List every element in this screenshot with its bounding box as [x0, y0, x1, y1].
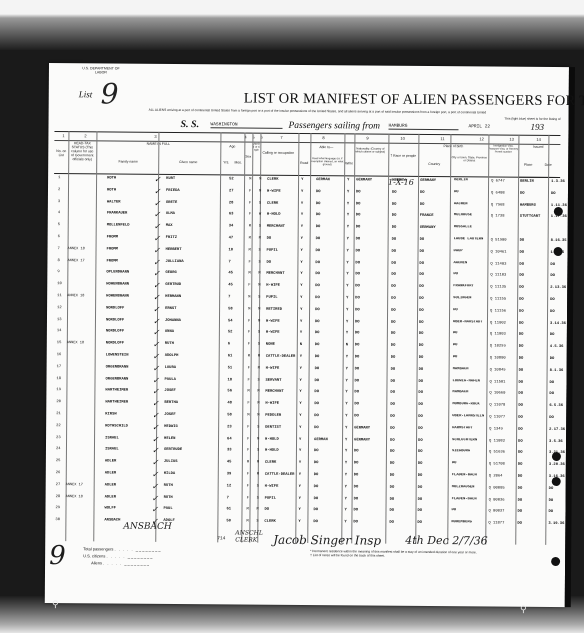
- cell-lang: DO: [316, 234, 344, 246]
- col-num: 11: [440, 136, 444, 141]
- cell-vdate: DO: [550, 271, 574, 283]
- cell-given: RUTH: [164, 481, 200, 493]
- header-head-tax: HEAD-TAX STATUS (This column for use of …: [70, 141, 94, 161]
- cell-sex: M: [247, 458, 255, 470]
- cell-mar: M: [258, 352, 266, 364]
- cell-family: LOWENSTEIN: [106, 350, 154, 362]
- cell-bc: DO: [419, 318, 447, 330]
- inspector-signature: Jacob Singer Insp: [273, 533, 381, 548]
- cell-visa: Q 11501: [489, 377, 517, 389]
- cell-mar: M: [257, 458, 265, 470]
- cell-family: HOHENBRANN: [106, 291, 154, 303]
- cell-mar: M: [259, 175, 267, 187]
- cell-race: DO: [390, 423, 418, 435]
- cell-vdate: 6.5.36: [549, 401, 573, 413]
- cell-read: Y: [299, 458, 307, 470]
- cell-family: NORDLOFF: [106, 339, 154, 351]
- cell-visa: Q 11877: [488, 519, 516, 531]
- cell-lang: DO: [313, 517, 341, 529]
- cell-write: N: [346, 341, 354, 353]
- checkmark-icon: ✓: [152, 398, 160, 410]
- cell-age: 45: [227, 458, 237, 470]
- cell-bcity: HAMBACH: [452, 391, 486, 395]
- cell-bc: DO: [419, 306, 447, 318]
- cell-age: 7: [228, 292, 238, 304]
- cell-vplace: DO: [519, 330, 549, 342]
- cell-family: FRANKAUER: [107, 209, 155, 221]
- cell-visa: Q 51900: [491, 235, 519, 247]
- cell-nat: DO: [356, 223, 386, 235]
- cell-write: Y: [345, 447, 353, 459]
- cell-sex: M: [249, 175, 257, 187]
- cell-age: 63: [229, 210, 239, 222]
- cell-family: WALTER: [107, 197, 155, 209]
- cell-n: 11: [57, 291, 67, 303]
- cell-sex: F: [247, 470, 255, 482]
- header-read: Read: [298, 161, 310, 165]
- cell-given: FRITZ: [166, 233, 202, 245]
- cell-race: DO: [392, 187, 420, 199]
- cell-visa: Q 11403: [490, 259, 518, 271]
- cell-mar: M: [257, 411, 265, 423]
- cell-race: DO: [390, 400, 418, 412]
- cell-visa: Q 11002: [490, 318, 518, 330]
- cell-occ: DENTIST: [265, 423, 295, 435]
- cell-vdate: 8.16.35: [551, 236, 575, 248]
- cell-read: Y: [301, 234, 309, 246]
- cell-age: 45: [228, 281, 238, 293]
- cell-age: 54: [228, 316, 238, 328]
- cell-given: HERMANN: [165, 292, 201, 304]
- cell-write: Y: [346, 329, 354, 341]
- cell-read: Y: [301, 175, 309, 187]
- cell-race: DO: [392, 235, 420, 247]
- cell-mar: M: [258, 304, 266, 316]
- cell-lang: DO: [314, 387, 342, 399]
- header-visa: Immigration Visa, Passport Visa, or Reen…: [488, 144, 518, 153]
- cell-write: Y: [347, 211, 355, 223]
- sailing-port: HAMBURG: [388, 124, 458, 131]
- cell-given: FRIEDA: [166, 186, 202, 198]
- cell-read: Y: [299, 411, 307, 423]
- cell-bc: DO: [418, 495, 446, 507]
- cell-family: HARTHEIMER: [105, 398, 153, 410]
- cell-occ: H-WIFE: [266, 364, 296, 376]
- cell-mark: ANNEX 17: [67, 256, 95, 268]
- cell-visa: Q 11156: [490, 306, 518, 318]
- cell-age: 23: [227, 422, 237, 434]
- cell-occ: CATTLE-DEALER: [266, 352, 296, 364]
- cell-nat: DO: [355, 258, 385, 270]
- cell-n: 30: [55, 515, 65, 527]
- cell-occ: H-HOLD: [265, 446, 295, 458]
- cell-sex: M: [248, 245, 256, 257]
- cell-bcity: SOLINGEN: [453, 296, 487, 300]
- checkmark-icon: ✓: [153, 351, 161, 363]
- cell-read: Y: [300, 328, 308, 340]
- cell-n: 21: [56, 409, 66, 421]
- manifest-sheet: U.S. DEPARTMENT OF LABOR List 9 LIST OR …: [45, 63, 569, 607]
- cell-given: PAUL: [163, 504, 199, 516]
- cell-race: DO: [391, 305, 419, 317]
- sailing-date: APRIL 22: [468, 124, 490, 129]
- cell-family: ADLER: [105, 480, 153, 492]
- cell-mar: S: [258, 257, 266, 269]
- cell-mar: M: [259, 234, 267, 246]
- checkmark-icon: ✓: [153, 315, 161, 327]
- signature-date: 4th Dec 2/7/36: [405, 534, 488, 548]
- cell-race: DO: [391, 353, 419, 365]
- cell-age: 58: [227, 410, 237, 422]
- cell-read: Y: [301, 187, 309, 199]
- cell-mar: S: [259, 222, 267, 234]
- cell-read: Y: [299, 470, 307, 482]
- cell-occ: DO: [264, 505, 294, 517]
- cell-bcity: DO: [453, 355, 487, 359]
- cell-write: Y: [346, 282, 354, 294]
- cell-read: Y: [299, 387, 307, 399]
- header-race: † Race or people: [388, 154, 418, 158]
- cell-nat: DO: [354, 494, 384, 506]
- cell-vplace: DO: [519, 259, 549, 271]
- cell-vplace: DO: [518, 448, 548, 460]
- cell-lang: DO: [314, 423, 342, 435]
- cell-n: 3: [58, 197, 68, 209]
- cell-bcity: AACHEN: [453, 261, 487, 265]
- header-nationality: Nationality. (Country of which citizen o…: [354, 147, 386, 154]
- cell-read: Y: [299, 376, 307, 388]
- cell-occ: PEDDLER: [265, 411, 295, 423]
- cell-n: 17: [57, 362, 67, 374]
- cell-sex: F: [248, 363, 256, 375]
- checkmark-icon: ✓: [154, 174, 162, 186]
- cell-family: OPLENDRANN: [106, 268, 154, 280]
- cell-nat: DO: [354, 482, 384, 494]
- cell-given: ALMA: [166, 209, 202, 221]
- cell-given: LAURA: [165, 363, 201, 375]
- cell-n: 28: [56, 492, 66, 504]
- col-num: 12: [479, 136, 483, 141]
- cell-read: Y: [299, 423, 307, 435]
- cell-lang: DO: [314, 411, 342, 423]
- cell-visa: Q 10849: [490, 365, 518, 377]
- header-mos: Mos.: [232, 160, 244, 164]
- cell-race: DO: [391, 341, 419, 353]
- cell-mark: ANNEX 18: [67, 244, 95, 256]
- cell-visa: Q 00037: [488, 507, 516, 519]
- cell-vplace: DO: [518, 436, 548, 448]
- checkmark-icon: ✓: [153, 245, 161, 257]
- cell-race: DO: [390, 494, 418, 506]
- cell-family: ADLER: [105, 468, 153, 480]
- cell-occ: CLERK: [264, 517, 294, 529]
- passenger-table: 1ROTHKURT52MMCLERKYGERMANYGERMANYHEBREWG…: [51, 173, 560, 537]
- cell-mar: S: [257, 375, 265, 387]
- cell-family: ADLER: [105, 457, 153, 469]
- cell-race: DO: [390, 412, 418, 424]
- cell-write: Y: [345, 423, 353, 435]
- manifest-title: LIST OR MANIFEST OF ALIEN PASSENGERS FOR…: [244, 91, 584, 111]
- cell-read: Y: [301, 222, 309, 234]
- cell-bcity: DO: [453, 308, 487, 312]
- cell-vplace: DO: [519, 247, 549, 259]
- handwritten-annotation: ANSCHL CLERK: [235, 529, 275, 543]
- cell-vdate: 3.5.36: [549, 437, 573, 449]
- cell-lang: DO: [314, 458, 342, 470]
- cell-family: ROTH: [107, 173, 155, 185]
- footer-note-2: † List of races will be found on the bac…: [310, 553, 510, 559]
- cell-given: ERNST: [165, 304, 201, 316]
- cell-visa: Q 11003: [490, 330, 518, 342]
- cell-nat: DO: [354, 459, 384, 471]
- cell-bcity: ROSSALLE: [454, 225, 488, 229]
- cell-lang: DO: [315, 364, 343, 376]
- cell-age: 10: [228, 245, 238, 257]
- cell-occ: CATTLE-DEALER: [265, 470, 295, 482]
- checkmark-icon: ✓: [152, 410, 160, 422]
- cell-occ: DO: [267, 234, 297, 246]
- cell-race: DO: [390, 388, 418, 400]
- cell-occ: PUPIL: [266, 246, 296, 258]
- cell-family: ROTH: [107, 185, 155, 197]
- cell-nat: DO: [355, 352, 385, 364]
- cell-n: 8: [57, 256, 67, 268]
- cell-occ: NONE: [266, 340, 296, 352]
- cell-write: Y: [345, 388, 353, 400]
- cell-given: JULLIANA: [165, 257, 201, 269]
- cell-bcity: DO: [454, 190, 488, 194]
- checkmark-icon: ✓: [152, 433, 160, 445]
- cell-mar: S: [258, 340, 266, 352]
- cell-age: 18: [227, 375, 237, 387]
- cell-age: 6: [228, 340, 238, 352]
- cell-read: Y: [298, 517, 306, 529]
- cell-vdate: DO: [549, 389, 573, 401]
- cell-given: MAX: [166, 221, 202, 233]
- list-label: List: [79, 89, 93, 99]
- cell-visa: Q 1738: [491, 212, 519, 224]
- cell-sex: F: [247, 481, 255, 493]
- cell-family: FROMM: [107, 232, 155, 244]
- cell-write: Y: [346, 270, 354, 282]
- header-issued-place: Place: [518, 163, 538, 167]
- cell-given: GERTRUDE: [164, 445, 200, 457]
- cell-age: 47: [229, 233, 239, 245]
- cell-visa: Q 11155: [490, 294, 518, 306]
- cell-vdate: DO: [550, 330, 574, 342]
- cell-occ: CLERK: [267, 198, 297, 210]
- cell-sex: M: [246, 505, 254, 517]
- cell-lang: DO: [316, 210, 344, 222]
- cell-age: 51: [228, 363, 238, 375]
- cell-n: 19: [56, 385, 66, 397]
- cell-vplace: DO: [517, 507, 547, 519]
- cell-nat: DO: [355, 293, 385, 305]
- cell-nat: DO: [354, 400, 384, 412]
- scan-border-top: [0, 0, 584, 50]
- cell-given: GEORG: [165, 268, 201, 280]
- checkmark-icon: ✓: [154, 186, 162, 198]
- handwritten-top-note: 1-X-16: [388, 178, 414, 187]
- cell-vdate: DO: [551, 189, 575, 201]
- cell-given: JOHANNA: [165, 316, 201, 328]
- cell-vplace: DO: [520, 189, 550, 201]
- cell-mar: M: [258, 269, 266, 281]
- cell-bc: DO: [418, 424, 446, 436]
- cell-bc: DO: [419, 365, 447, 377]
- cell-bc: DO: [417, 518, 445, 530]
- cell-lang: DO: [316, 222, 344, 234]
- cell-race: DO: [390, 459, 418, 471]
- cell-nat: DO: [355, 341, 385, 353]
- cell-lang: DO: [315, 305, 343, 317]
- cell-bc: DO: [419, 282, 447, 294]
- cell-sex: F: [249, 198, 257, 210]
- cell-lang: DO: [315, 293, 343, 305]
- cell-vdate: DO: [550, 307, 574, 319]
- cell-read: Y: [301, 199, 309, 211]
- cell-occ: H-WIFE: [266, 281, 296, 293]
- cell-write: Y: [347, 223, 355, 235]
- cell-bcity: MULHOUSE: [454, 214, 488, 218]
- cell-visa: Q 11077: [489, 412, 517, 424]
- cell-vplace: DO: [519, 318, 549, 330]
- cell-n: 2: [58, 185, 68, 197]
- header-issued: Issued: [518, 145, 558, 149]
- cell-race: DO: [391, 246, 419, 258]
- cell-vplace: DO: [518, 472, 548, 484]
- cell-sex: M: [248, 352, 256, 364]
- handwritten-list-corner: 9: [49, 541, 66, 571]
- cell-n: 5: [58, 220, 68, 232]
- cell-sex: F: [247, 375, 255, 387]
- cell-occ: H-WIFE: [265, 482, 295, 494]
- cell-write: Y: [346, 352, 354, 364]
- cell-sex: M: [246, 517, 254, 529]
- cell-n: 14: [57, 326, 67, 338]
- cell-family: NORDLOFF: [106, 327, 154, 339]
- header-write: Write: [344, 161, 354, 165]
- cell-vplace: DO: [518, 483, 548, 495]
- cell-race: DO: [391, 258, 419, 270]
- year-label: 193: [530, 122, 544, 132]
- cell-write: Y: [346, 317, 354, 329]
- cell-vplace: DO: [519, 354, 549, 366]
- cell-bc: DO: [420, 235, 448, 247]
- cell-occ: H-WIFE: [265, 399, 295, 411]
- cell-lang: DO: [316, 187, 344, 199]
- cell-bc: DO: [419, 247, 447, 259]
- page-number: 714: [217, 536, 225, 541]
- cell-age: 39: [227, 469, 237, 481]
- col-num: 1: [62, 133, 64, 138]
- cell-age: 56: [227, 387, 237, 399]
- cell-mar: M: [259, 186, 267, 198]
- cell-family: HARTHEIMER: [105, 386, 153, 398]
- cell-vplace: HAMBURG: [520, 200, 550, 212]
- cell-lang: DO: [314, 399, 342, 411]
- header-no-on-list: No. on List: [54, 149, 68, 157]
- cell-mar: S: [258, 293, 266, 305]
- cell-sex: F: [249, 210, 257, 222]
- cell-nat: DO: [356, 199, 386, 211]
- cell-given: HILDA: [164, 469, 200, 481]
- cell-read: N: [300, 340, 308, 352]
- cell-write: Y: [345, 482, 353, 494]
- cell-bc: DO: [418, 471, 446, 483]
- ship-name: WASHINGTON: [210, 122, 282, 129]
- cell-read: Y: [299, 494, 307, 506]
- cell-sex: F: [248, 281, 256, 293]
- cell-write: Y: [345, 376, 353, 388]
- header-sex: Sex: [244, 155, 252, 159]
- cell-n: 13: [57, 315, 67, 327]
- cell-bcity: DO: [451, 509, 485, 513]
- header-read-language: Read what language (or, if exemption cla…: [310, 157, 344, 166]
- cell-occ: PUPIL: [265, 493, 295, 505]
- cell-age: 61: [226, 505, 236, 517]
- checkmark-icon: ✓: [153, 327, 161, 339]
- cell-given: ANNA: [165, 327, 201, 339]
- cell-age: 12: [227, 481, 237, 493]
- cell-mar: W: [259, 210, 267, 222]
- cell-vdate: 3.14.36: [550, 319, 574, 331]
- checkmark-icon: ✓: [152, 445, 160, 457]
- cell-n: 23: [56, 433, 66, 445]
- cell-bc: DO: [420, 200, 448, 212]
- cell-race: DO: [392, 211, 420, 223]
- cell-age: 27: [229, 186, 239, 198]
- cell-n: 27: [56, 480, 66, 492]
- list-number: 9: [101, 77, 119, 110]
- cell-n: 18: [56, 374, 66, 386]
- cell-read: Y: [298, 505, 306, 517]
- cell-visa: Q 6747: [491, 176, 519, 188]
- cell-n: 25: [56, 456, 66, 468]
- cell-given: JOSEF: [164, 386, 200, 398]
- cell-race: DO: [392, 199, 420, 211]
- header-given-name: Given name: [158, 160, 218, 164]
- cell-bc: DO: [418, 436, 446, 448]
- binder-hole: [552, 452, 561, 461]
- cell-nat: DO: [355, 246, 385, 258]
- cell-vdate: DO: [550, 295, 574, 307]
- cell-race: DO: [390, 435, 418, 447]
- cell-vplace: DO: [519, 283, 549, 295]
- cell-bc: DO: [417, 506, 445, 518]
- cell-race: DO: [392, 223, 420, 235]
- cell-write: Y: [344, 506, 352, 518]
- cell-bcity: DO: [453, 332, 487, 336]
- checkmark-icon: ✓: [154, 197, 162, 209]
- cell-lang: DO: [316, 199, 344, 211]
- cell-visa: Q 51636: [489, 448, 517, 460]
- cell-nat: GERMANY: [354, 423, 384, 435]
- cell-lang: DO: [314, 494, 342, 506]
- cell-bcity: HOMBURG-ROCK: [452, 402, 486, 406]
- cell-sex: M: [247, 411, 255, 423]
- cell-lang: DO: [315, 258, 343, 270]
- cell-write: Y: [345, 470, 353, 482]
- checkmark-icon: ✓: [153, 339, 161, 351]
- cell-lang: DO: [315, 269, 343, 281]
- cell-n: 16: [57, 350, 67, 362]
- cell-mar: M: [257, 470, 265, 482]
- header-birth-country: Country: [418, 162, 450, 166]
- cell-occ: RETIRED: [266, 305, 296, 317]
- cell-read: Y: [300, 258, 308, 270]
- cell-vplace: BERLIN: [520, 177, 550, 189]
